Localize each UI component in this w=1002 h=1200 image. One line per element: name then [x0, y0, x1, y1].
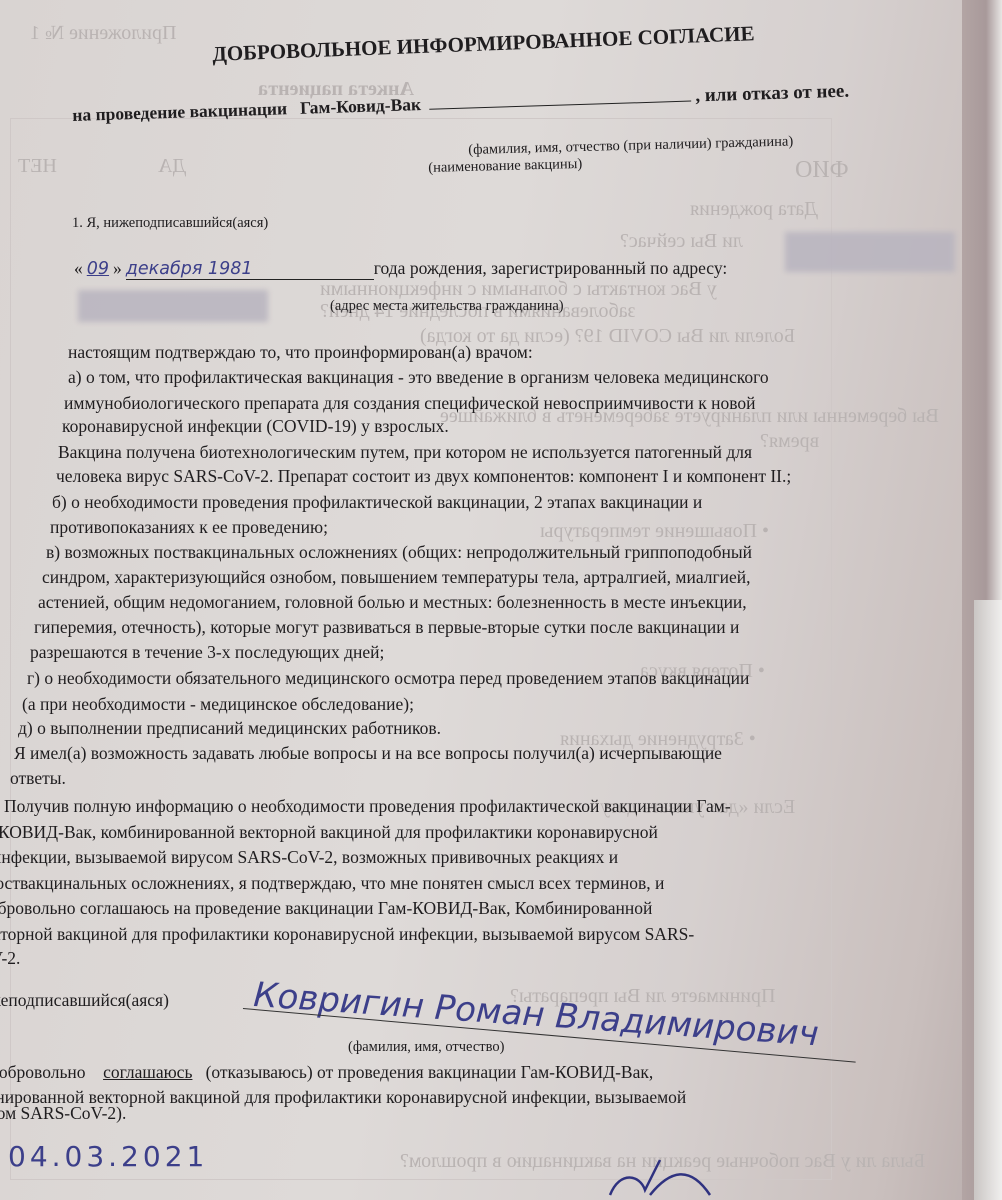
fio-blank-field	[430, 101, 692, 110]
background-surface	[974, 600, 1002, 1200]
redacted-address-2	[78, 290, 268, 322]
body-line: б) о необходимости проведения профилакти…	[52, 492, 908, 512]
birth-month-year: декабря 1981	[126, 259, 253, 279]
consent-agree-choice: соглашаюсь	[103, 1062, 192, 1082]
section1-intro: 1. Я, нижеподписавшийся(аяся)	[72, 213, 268, 233]
caption-address: (адрес места жительства гражданина)	[330, 296, 564, 316]
birth-line: «09»декабря 1981года рождения, зарегистр…	[74, 258, 727, 280]
body-line: противопоказаниях к ее проведению;	[50, 517, 328, 537]
body-line: разрешаются в течение 3-х последующих дн…	[30, 642, 384, 662]
body-line: настоящим подтверждаю то, что проинформи…	[68, 342, 533, 362]
ghost-da: ДА	[158, 155, 186, 178]
body-line: Получив полную информацию о необходимост…	[4, 796, 731, 816]
ghost-s1: • Повышение температуры	[540, 520, 769, 543]
page-title: ДОБРОВОЛЬНОЕ ИНФОРМИРОВАННОЕ СОГЛАСИЕ	[212, 23, 755, 64]
body-line: Я имел(а) возможность задавать любые воп…	[14, 743, 722, 763]
consent-rest: (отказываюсь) от проведения вакцинации Г…	[206, 1062, 654, 1082]
ghost-birth: Дата рождения	[690, 198, 818, 221]
body-line: иммунобиологического препарата для созда…	[64, 393, 910, 413]
body-line: человека вирус SARS-CoV-2. Препарат сост…	[56, 466, 791, 486]
caption-fio-short: (фамилия, имя, отчество)	[348, 1037, 504, 1057]
caption-vaccine: (наименование вакцины)	[428, 154, 583, 178]
ghost-fio: ФИО	[795, 157, 849, 184]
body-line: инфекции, вызываемой вирусом SARS-CoV-2,…	[0, 847, 618, 867]
consent-line-1: добровольно соглашаюсь (отказываюсь) от …	[0, 1062, 653, 1082]
signer-label: нижеподписавшийся(аяся)	[0, 990, 169, 1010]
body-line: Вакцина получена биотехнологическим путе…	[58, 442, 908, 462]
date-handwritten: 04.03.2021	[8, 1140, 208, 1173]
signature-scribble	[600, 1150, 750, 1200]
body-line: коронавирусной инфекции (COVID-19) у взр…	[62, 416, 449, 436]
ghost-net: НЕТ	[18, 155, 57, 178]
body-line: CoV-2.	[0, 948, 20, 968]
consent-line-3: вирусом SARS-CoV-2).	[0, 1103, 126, 1123]
body-line: гиперемия, отечность), которые могут раз…	[34, 617, 739, 637]
birth-day: 09	[83, 259, 113, 279]
body-line: синдром, характеризующийся ознобом, повы…	[42, 567, 751, 587]
subtitle-suffix: , или отказ от нее.	[695, 81, 849, 107]
body-line: астенией, общим недомоганием, головной б…	[38, 592, 747, 612]
body-line: (а при необходимости - медицинское обсле…	[22, 694, 414, 714]
body-line: добровольно соглашаюсь на проведение вак…	[0, 898, 652, 918]
ghost-q1: ли Вы сейчас?	[620, 230, 743, 253]
body-line: поствакцинальных осложнениях, я подтверж…	[0, 873, 664, 893]
body-line: векторной вакциной для профилактики коро…	[0, 924, 694, 944]
birth-date-field: декабря 1981	[126, 258, 374, 280]
body-line: а) о том, что профилактическая вакцинаци…	[68, 367, 910, 387]
redacted-address-1	[785, 232, 955, 272]
body-line: ответы.	[10, 768, 66, 788]
ghost-appendix: Приложение № 1	[30, 22, 176, 45]
vaccine-name: Гам-Ковид-Вак	[300, 94, 422, 118]
birth-suffix: года рождения, зарегистрированный по адр…	[374, 258, 727, 278]
consent-prefix: добровольно	[0, 1062, 86, 1082]
body-line: г) о необходимости обязательного медицин…	[27, 668, 749, 688]
body-line: в) возможных поствакцинальных осложнения…	[46, 542, 752, 562]
body-line: КОВИД-Вак, комбинированной векторной вак…	[0, 822, 658, 842]
body-line: д) о выполнении предписаний медицинских …	[18, 718, 441, 738]
